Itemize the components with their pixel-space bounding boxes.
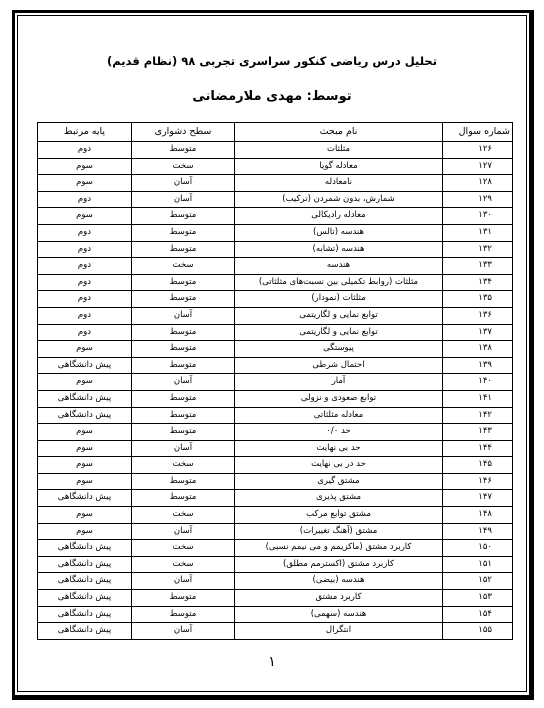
cell-grade: دوم — [38, 258, 132, 275]
cell-topic: هندسه (تالس) — [235, 224, 443, 241]
cell-grade: سوم — [38, 175, 132, 192]
cell-difficulty: متوسط — [132, 324, 235, 341]
table-row: ۱۴۸مشتق توابع مرکبسختسوم — [38, 507, 513, 524]
cell-topic: کاربرد مشتق — [235, 590, 443, 607]
cell-difficulty: متوسط — [132, 390, 235, 407]
cell-grade: پیش دانشگاهی — [38, 540, 132, 557]
cell-grade: دوم — [38, 241, 132, 258]
cell-topic: مشتق گیری — [235, 473, 443, 490]
cell-grade: پیش دانشگاهی — [38, 573, 132, 590]
cell-difficulty: سخت — [132, 507, 235, 524]
cell-topic: نامعادله — [235, 175, 443, 192]
cell-topic: توابع صعودی و نزولی — [235, 390, 443, 407]
cell-difficulty: متوسط — [132, 590, 235, 607]
table-row: ۱۴۵حد در بی نهایتسختسوم — [38, 457, 513, 474]
cell-question-number: ۱۲۶ — [443, 142, 513, 159]
page-number: ۱ — [0, 654, 544, 670]
cell-grade: دوم — [38, 142, 132, 159]
cell-topic: شمارش، بدون شمردن (ترکیب) — [235, 191, 443, 208]
cell-question-number: ۱۴۲ — [443, 407, 513, 424]
table-row: ۱۳۶توابع نمایی و لگاریتمیآساندوم — [38, 307, 513, 324]
table-row: ۱۴۱توابع صعودی و نزولیمتوسطپیش دانشگاهی — [38, 390, 513, 407]
table-row: ۱۵۳کاربرد مشتقمتوسطپیش دانشگاهی — [38, 590, 513, 607]
cell-grade: سوم — [38, 440, 132, 457]
cell-difficulty: متوسط — [132, 407, 235, 424]
table-row: ۱۳۹احتمال شرطیمتوسطپیش دانشگاهی — [38, 357, 513, 374]
cell-question-number: ۱۳۴ — [443, 274, 513, 291]
cell-grade: پیش دانشگاهی — [38, 490, 132, 507]
cell-difficulty: متوسط — [132, 274, 235, 291]
cell-question-number: ۱۵۱ — [443, 556, 513, 573]
cell-topic: هندسه (بیضی) — [235, 573, 443, 590]
cell-grade: دوم — [38, 224, 132, 241]
cell-topic: مشتق (آهنگ تغییرات) — [235, 523, 443, 540]
cell-question-number: ۱۳۸ — [443, 341, 513, 358]
cell-topic: حد در بی نهایت — [235, 457, 443, 474]
cell-topic: کاربرد مشتق (ماکزیمم و می نیمم نسبی) — [235, 540, 443, 557]
cell-difficulty: متوسط — [132, 142, 235, 159]
table-header-row: شماره سوال نام مبحث سطح دشواری پایه مرتب… — [38, 123, 513, 142]
cell-question-number: ۱۴۱ — [443, 390, 513, 407]
table-row: ۱۴۰آمارآسانسوم — [38, 374, 513, 391]
cell-question-number: ۱۴۸ — [443, 507, 513, 524]
cell-difficulty: سخت — [132, 457, 235, 474]
cell-question-number: ۱۴۴ — [443, 440, 513, 457]
cell-question-number: ۱۵۴ — [443, 606, 513, 623]
cell-question-number: ۱۳۶ — [443, 307, 513, 324]
cell-difficulty: متوسط — [132, 341, 235, 358]
cell-grade: پیش دانشگاهی — [38, 407, 132, 424]
cell-question-number: ۱۳۰ — [443, 208, 513, 225]
cell-grade: پیش دانشگاهی — [38, 390, 132, 407]
cell-grade: دوم — [38, 291, 132, 308]
cell-grade: سوم — [38, 424, 132, 441]
table-row: ۱۴۲معادله مثلثاتیمتوسطپیش دانشگاهی — [38, 407, 513, 424]
cell-question-number: ۱۴۶ — [443, 473, 513, 490]
cell-difficulty: آسان — [132, 440, 235, 457]
cell-topic: انتگرال — [235, 623, 443, 640]
cell-topic: معادله گویا — [235, 158, 443, 175]
cell-question-number: ۱۳۱ — [443, 224, 513, 241]
cell-topic: توابع نمایی و لگاریتمی — [235, 324, 443, 341]
cell-question-number: ۱۴۵ — [443, 457, 513, 474]
cell-grade: پیش دانشگاهی — [38, 357, 132, 374]
document-author: توسط: مهدی ملارمضانی — [0, 89, 544, 104]
cell-difficulty: آسان — [132, 523, 235, 540]
table-row: ۱۳۳هندسهسختدوم — [38, 258, 513, 275]
table-row: ۱۲۸نامعادلهآسانسوم — [38, 175, 513, 192]
header-topic: نام مبحث — [235, 123, 443, 142]
cell-topic: پیوستگی — [235, 341, 443, 358]
table-row: ۱۲۶مثلثاتمتوسطدوم — [38, 142, 513, 159]
table-row: ۱۴۴حد بی نهایتآسانسوم — [38, 440, 513, 457]
cell-topic: هندسه — [235, 258, 443, 275]
table-row: ۱۳۸پیوستگیمتوسطسوم — [38, 341, 513, 358]
header-grade: پایه مرتبط — [38, 123, 132, 142]
header-question-number: شماره سوال — [443, 123, 513, 142]
table-row: ۱۳۰معادله رادیکالیمتوسطسوم — [38, 208, 513, 225]
table-row: ۱۵۴هندسه (سهمی)متوسطپیش دانشگاهی — [38, 606, 513, 623]
cell-question-number: ۱۳۲ — [443, 241, 513, 258]
table-row: ۱۲۷معادله گویاسختسوم — [38, 158, 513, 175]
cell-difficulty: سخت — [132, 258, 235, 275]
cell-difficulty: سخت — [132, 158, 235, 175]
cell-difficulty: سخت — [132, 556, 235, 573]
cell-grade: دوم — [38, 324, 132, 341]
cell-difficulty: متوسط — [132, 208, 235, 225]
cell-question-number: ۱۴۳ — [443, 424, 513, 441]
cell-topic: مثلثات (روابط تکمیلی بین نسبت‌های مثلثات… — [235, 274, 443, 291]
table-body: ۱۲۶مثلثاتمتوسطدوم۱۲۷معادله گویاسختسوم۱۲۸… — [38, 142, 513, 640]
cell-topic: آمار — [235, 374, 443, 391]
table-row: ۱۲۹شمارش، بدون شمردن (ترکیب)آساندوم — [38, 191, 513, 208]
cell-difficulty: آسان — [132, 374, 235, 391]
header-difficulty: سطح دشواری — [132, 123, 235, 142]
table-row: ۱۵۱کاربرد مشتق (اکسترمم مطلق)سختپیش دانش… — [38, 556, 513, 573]
cell-question-number: ۱۳۳ — [443, 258, 513, 275]
document-title: تحلیل درس ریاضی کنکور سراسری تجربی ۹۸ (ن… — [0, 54, 544, 68]
cell-topic: توابع نمایی و لگاریتمی — [235, 307, 443, 324]
table-row: ۱۵۰کاربرد مشتق (ماکزیمم و می نیمم نسبی)س… — [38, 540, 513, 557]
table-row: ۱۳۵مثلثات (نمودار)متوسطدوم — [38, 291, 513, 308]
cell-question-number: ۱۳۵ — [443, 291, 513, 308]
cell-topic: هندسه (سهمی) — [235, 606, 443, 623]
table-row: ۱۴۳حد ۰/۰متوسطسوم — [38, 424, 513, 441]
table-row: ۱۴۶مشتق گیریمتوسطسوم — [38, 473, 513, 490]
cell-difficulty: متوسط — [132, 473, 235, 490]
table-row: ۱۴۹مشتق (آهنگ تغییرات)آسانسوم — [38, 523, 513, 540]
cell-topic: مثلثات (نمودار) — [235, 291, 443, 308]
cell-question-number: ۱۴۰ — [443, 374, 513, 391]
table-row: ۱۳۲هندسه (تشابه)متوسطدوم — [38, 241, 513, 258]
cell-difficulty: متوسط — [132, 606, 235, 623]
cell-grade: سوم — [38, 473, 132, 490]
cell-grade: سوم — [38, 158, 132, 175]
cell-difficulty: آسان — [132, 191, 235, 208]
cell-grade: دوم — [38, 191, 132, 208]
cell-difficulty: متوسط — [132, 357, 235, 374]
cell-topic: حد ۰/۰ — [235, 424, 443, 441]
cell-topic: کاربرد مشتق (اکسترمم مطلق) — [235, 556, 443, 573]
cell-grade: سوم — [38, 208, 132, 225]
cell-question-number: ۱۲۷ — [443, 158, 513, 175]
table-row: ۱۳۱هندسه (تالس)متوسطدوم — [38, 224, 513, 241]
cell-question-number: ۱۵۳ — [443, 590, 513, 607]
topics-table: شماره سوال نام مبحث سطح دشواری پایه مرتب… — [37, 122, 513, 640]
cell-grade: پیش دانشگاهی — [38, 606, 132, 623]
cell-question-number: ۱۵۲ — [443, 573, 513, 590]
cell-question-number: ۱۳۷ — [443, 324, 513, 341]
cell-difficulty: متوسط — [132, 241, 235, 258]
cell-difficulty: متوسط — [132, 424, 235, 441]
cell-grade: سوم — [38, 457, 132, 474]
cell-topic: مشتق توابع مرکب — [235, 507, 443, 524]
table-row: ۱۳۴مثلثات (روابط تکمیلی بین نسبت‌های مثل… — [38, 274, 513, 291]
cell-grade: پیش دانشگاهی — [38, 590, 132, 607]
cell-question-number: ۱۴۷ — [443, 490, 513, 507]
cell-difficulty: متوسط — [132, 291, 235, 308]
cell-question-number: ۱۴۹ — [443, 523, 513, 540]
cell-topic: حد بی نهایت — [235, 440, 443, 457]
cell-difficulty: آسان — [132, 623, 235, 640]
cell-topic: هندسه (تشابه) — [235, 241, 443, 258]
table-row: ۱۵۲هندسه (بیضی)آسانپیش دانشگاهی — [38, 573, 513, 590]
cell-topic: معادله مثلثاتی — [235, 407, 443, 424]
cell-question-number: ۱۵۵ — [443, 623, 513, 640]
table-row: ۱۵۵انتگرالآسانپیش دانشگاهی — [38, 623, 513, 640]
cell-difficulty: آسان — [132, 175, 235, 192]
cell-question-number: ۱۳۹ — [443, 357, 513, 374]
cell-question-number: ۱۲۸ — [443, 175, 513, 192]
cell-grade: سوم — [38, 507, 132, 524]
cell-difficulty: آسان — [132, 573, 235, 590]
cell-grade: سوم — [38, 523, 132, 540]
cell-question-number: ۱۲۹ — [443, 191, 513, 208]
cell-grade: دوم — [38, 307, 132, 324]
cell-difficulty: آسان — [132, 307, 235, 324]
cell-topic: معادله رادیکالی — [235, 208, 443, 225]
cell-question-number: ۱۵۰ — [443, 540, 513, 557]
table-row: ۱۴۷مشتق پذیریمتوسطپیش دانشگاهی — [38, 490, 513, 507]
cell-grade: پیش دانشگاهی — [38, 556, 132, 573]
cell-topic: احتمال شرطی — [235, 357, 443, 374]
cell-difficulty: متوسط — [132, 490, 235, 507]
cell-difficulty: متوسط — [132, 224, 235, 241]
cell-grade: سوم — [38, 341, 132, 358]
cell-topic: مشتق پذیری — [235, 490, 443, 507]
cell-grade: دوم — [38, 274, 132, 291]
cell-topic: مثلثات — [235, 142, 443, 159]
cell-difficulty: سخت — [132, 540, 235, 557]
table-row: ۱۳۷توابع نمایی و لگاریتمیمتوسطدوم — [38, 324, 513, 341]
cell-grade: پیش دانشگاهی — [38, 623, 132, 640]
cell-grade: سوم — [38, 374, 132, 391]
